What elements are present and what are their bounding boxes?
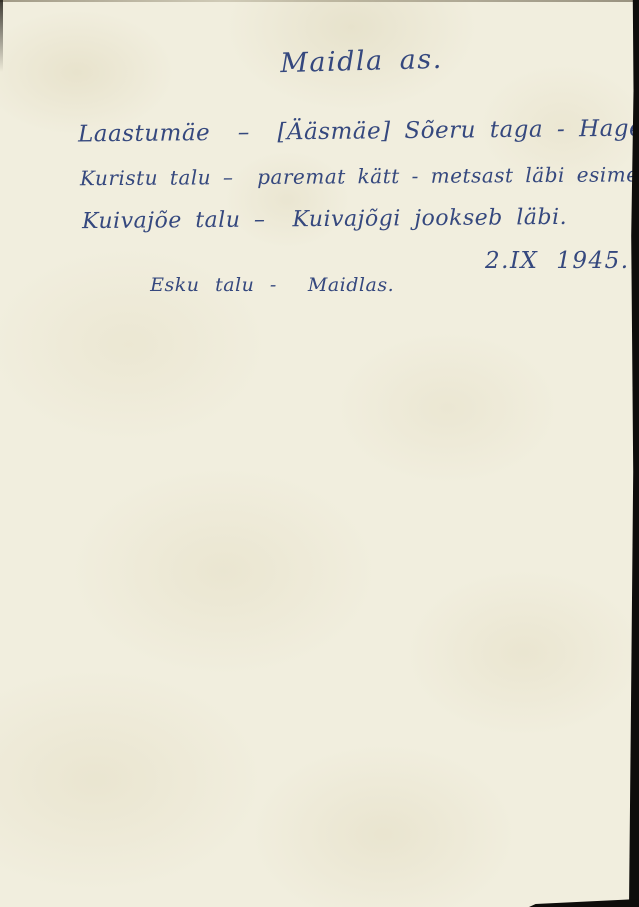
scanned-page: Maidla as. Laastumäe – [Ääsmäe] Sõeru ta… xyxy=(0,0,639,907)
entry-text: Esku talu - Maidlas. xyxy=(150,274,394,296)
entry-line: Esku talu - Maidlas. 2.IX 1945. xyxy=(88,252,394,340)
date-annotation: 2.IX 1945. xyxy=(485,248,630,274)
scan-edge-left xyxy=(0,0,3,72)
scan-edge-top xyxy=(0,0,639,2)
page-title: Maidla as. xyxy=(42,38,639,86)
entry-line: Laastumäe – [Ääsmäe] Sõeru taga - Hageri… xyxy=(78,115,639,148)
scan-edge-bottom-right xyxy=(529,899,639,907)
entry-line: Kuristu talu – paremat kätt - metsast lä… xyxy=(80,162,639,190)
entry-line: Kuivajõe talu – Kuivajõgi jookseb läbi. xyxy=(82,205,567,234)
